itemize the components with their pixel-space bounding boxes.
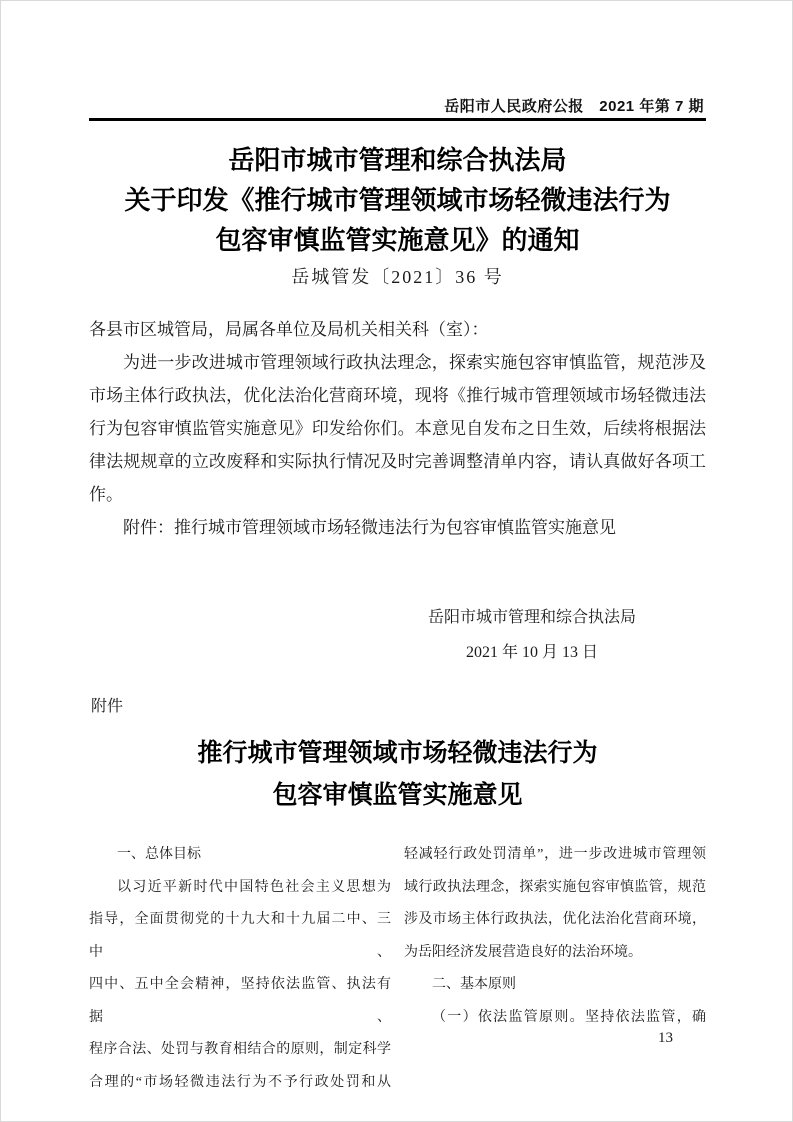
- notice-paragraph: 为进一步改进城市管理领域行政执法理念，探索实施包容审慎监管，规范涉及市场主体行政…: [89, 346, 706, 511]
- attachment-title-line: 推行城市管理领域市场轻微违法行为包容审慎监管实施意见: [61, 733, 734, 817]
- text-line: 一、总体目标: [89, 839, 391, 872]
- attachment-title-line: 推行城市管理领域市场轻微违法行为: [61, 733, 734, 775]
- signature-date: 2021 年 10 月 13 日: [382, 635, 682, 670]
- attachment-reference-line: 附件：推行城市管理领域市场轻微违法行为包容审慎监管实施意见: [89, 511, 706, 544]
- notice-title-line: 岳阳市城市管理和综合执法局: [61, 141, 734, 181]
- text-line: 为岳阳经济发展营造良好的法治环境。: [404, 937, 706, 970]
- text-line: 域行政执法理念，探索实施包容审慎监管，规范: [404, 872, 706, 905]
- text-line: 合理的“市场轻微违法行为不予行政处罚和从: [89, 1067, 391, 1100]
- attachment-body-columns: 一、总体目标以习近平新时代中国特色社会主义思想为指导，全面贯彻党的十九大和十九届…: [89, 839, 706, 1099]
- text-line: 指导，全面贯彻党的十九大和十九届二中、三中、: [89, 904, 391, 969]
- gazette-page: 岳阳市人民政府公报 2021 年第 7 期 岳阳市城市管理和综合执法局关于印发《…: [0, 0, 793, 1122]
- page-number: 13: [658, 1030, 673, 1047]
- notice-body: 各县市区城管局，局属各单位及局机关相关科（室）： 为进一步改进城市管理领域行政执…: [89, 313, 706, 544]
- notice-title-line: 关于印发《推行城市管理领域市场轻微违法行为: [61, 181, 734, 221]
- notice-title-line: 包容审慎监管实施意见》的通知: [61, 221, 734, 261]
- signer-name: 岳阳市城市管理和综合执法局: [382, 600, 682, 635]
- text-line: 以习近平新时代中国特色社会主义思想为: [89, 872, 391, 905]
- text-line: 涉及市场主体行政执法，优化法治化营商环境，: [404, 904, 706, 937]
- attachment-label: 附件: [91, 693, 123, 716]
- text-line: 二、基本原则: [404, 969, 706, 1002]
- left-column: 一、总体目标以习近平新时代中国特色社会主义思想为指导，全面贯彻党的十九大和十九届…: [89, 839, 391, 1099]
- attachment-title-line: 包容审慎监管实施意见: [61, 775, 734, 817]
- document-number: 岳城管发〔2021〕36 号: [89, 263, 706, 289]
- text-line: 程序合法、处罚与教育相结合的原则，制定科学: [89, 1034, 391, 1067]
- notice-title: 岳阳市城市管理和综合执法局关于印发《推行城市管理领域市场轻微违法行为包容审慎监管…: [61, 141, 734, 261]
- attachment-title: 推行城市管理领域市场轻微违法行为包容审慎监管实施意见: [61, 733, 734, 817]
- running-header: 岳阳市人民政府公报 2021 年第 7 期: [444, 95, 704, 116]
- text-line: 轻减轻行政处罚清单”，进一步改进城市管理领: [404, 839, 706, 872]
- right-column: 轻减轻行政处罚清单”，进一步改进城市管理领域行政执法理念，探索实施包容审慎监管，…: [404, 839, 706, 1099]
- header-divider-rule: [89, 118, 706, 121]
- salutation: 各县市区城管局，局属各单位及局机关相关科（室）：: [89, 313, 706, 346]
- notice-title-line: 岳阳市城市管理和综合执法局关于印发《推行城市管理领域市场轻微违法行为包容审慎监管…: [61, 141, 734, 261]
- signature-block: 岳阳市城市管理和综合执法局 2021 年 10 月 13 日: [382, 600, 682, 670]
- text-line: 四中、五中全会精神，坚持依法监管、执法有据、: [89, 969, 391, 1034]
